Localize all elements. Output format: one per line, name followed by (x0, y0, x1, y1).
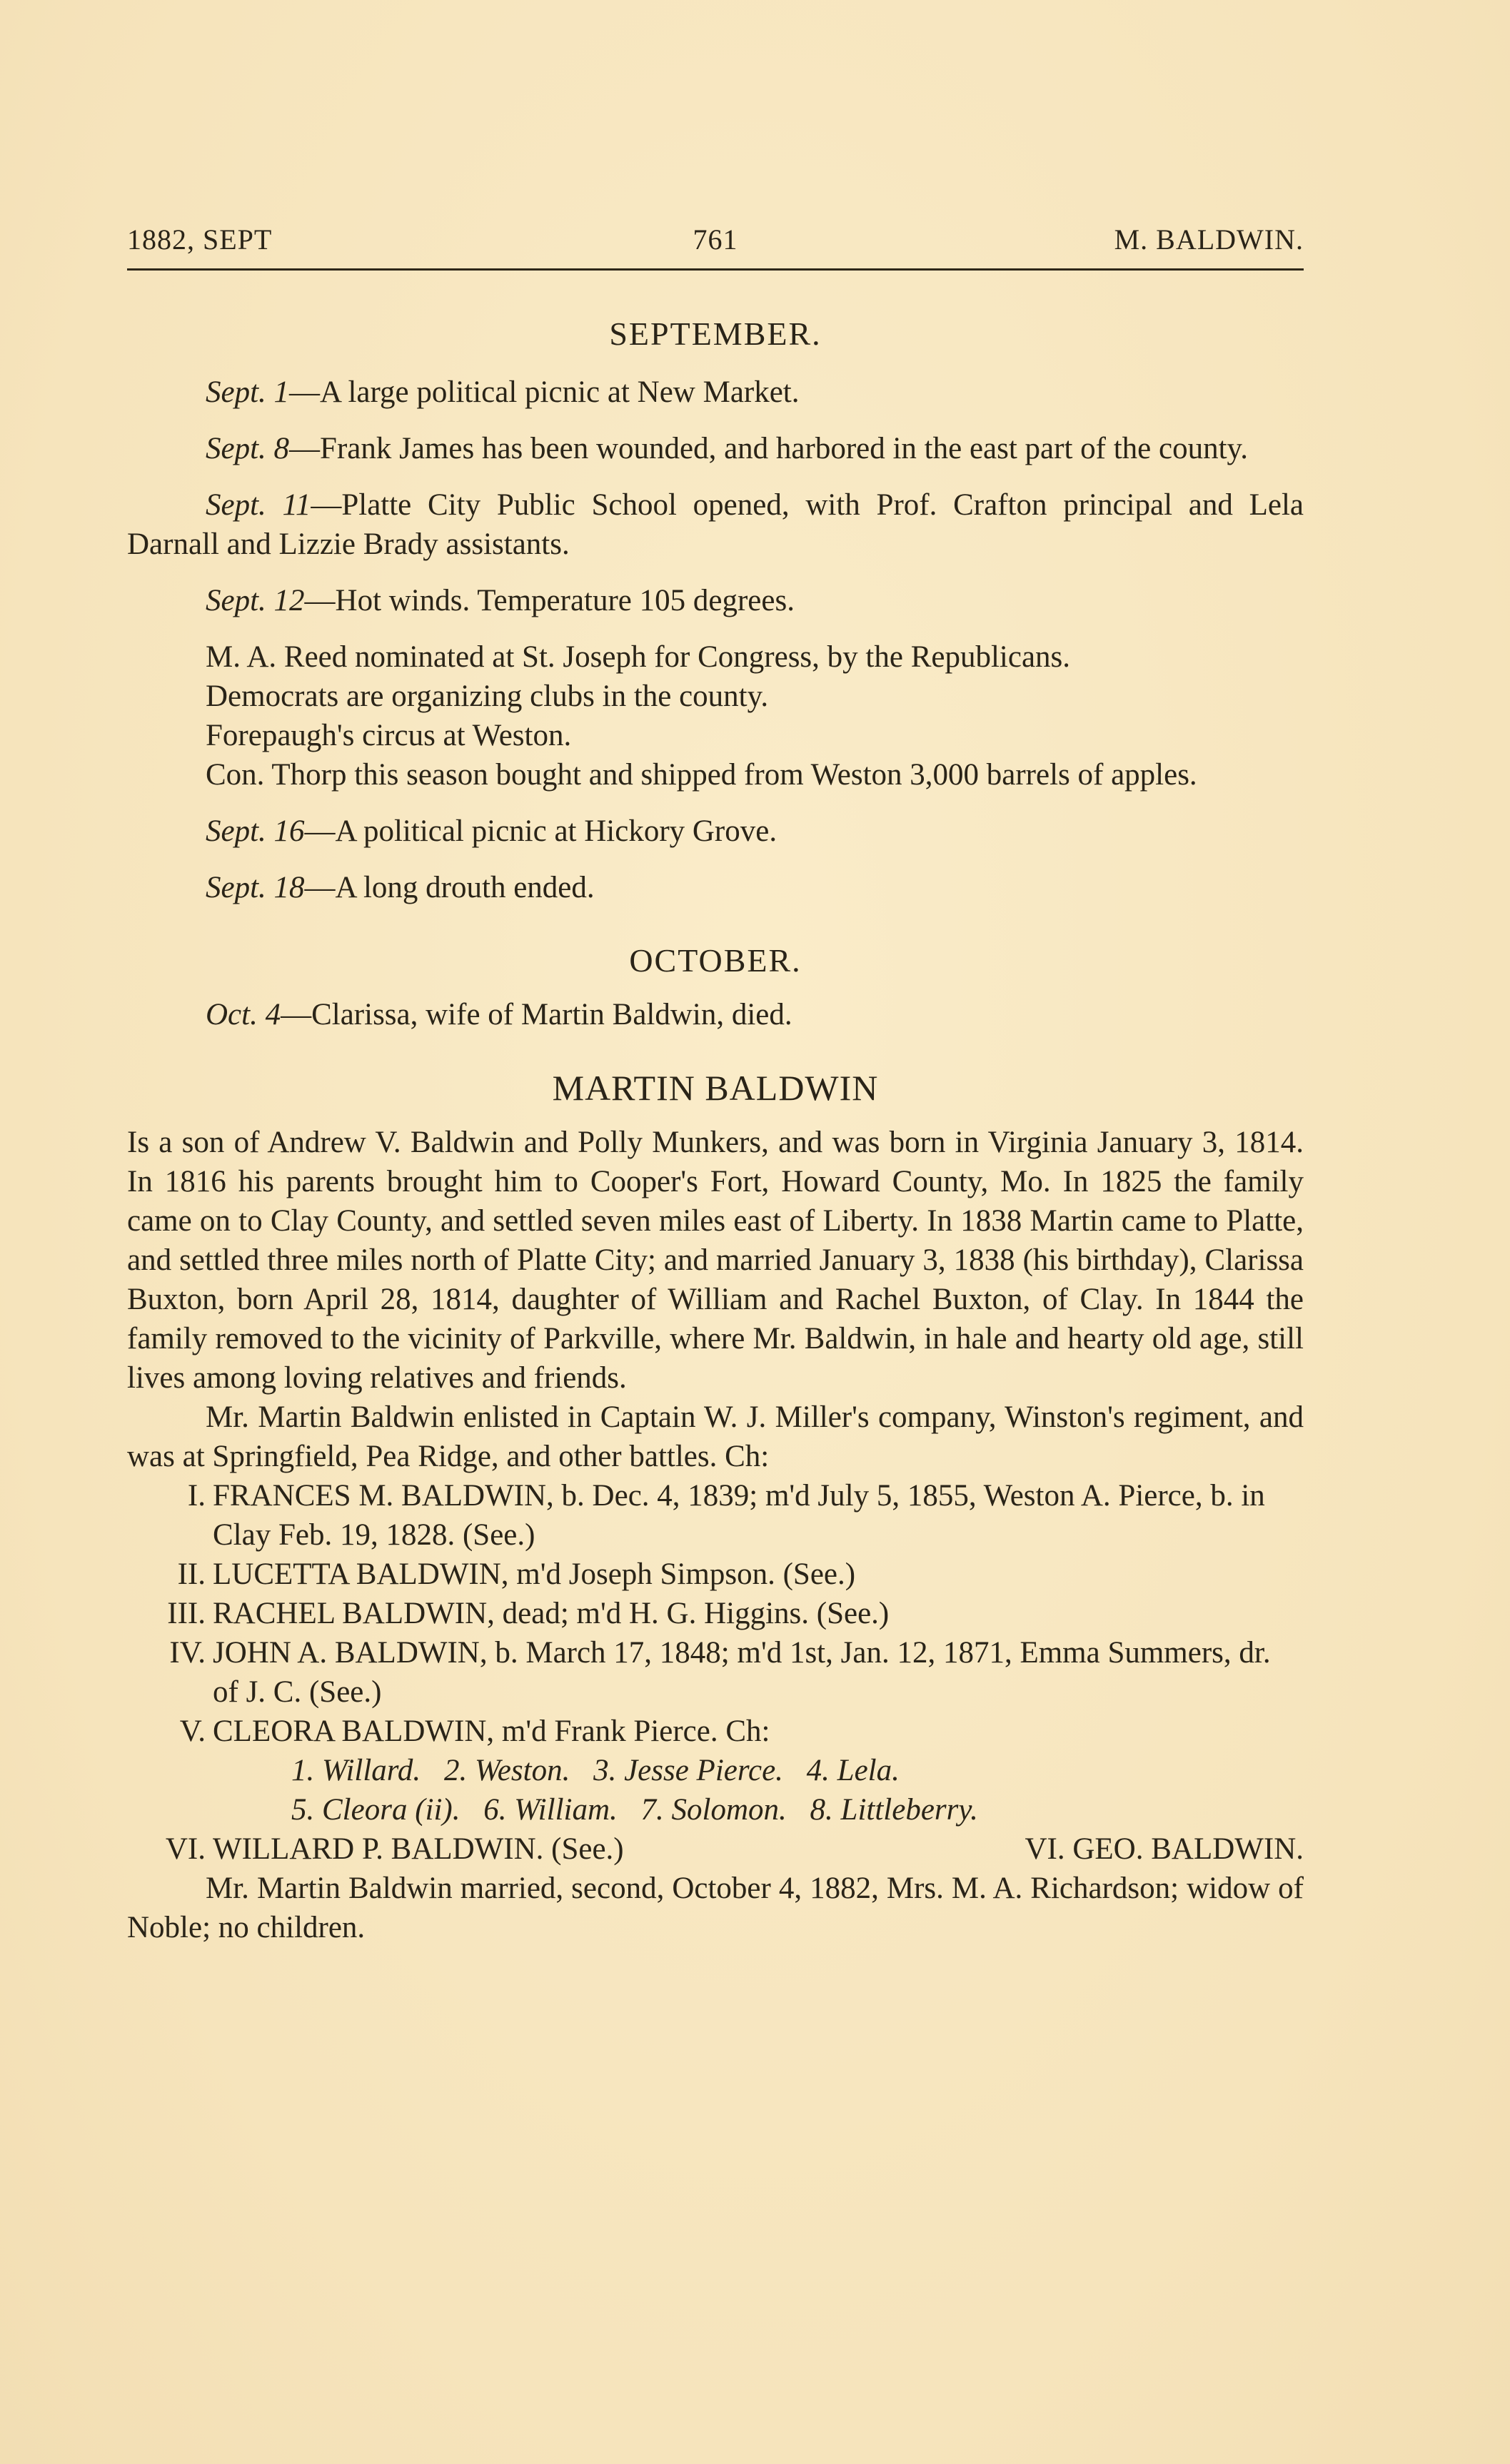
roman-numeral: VI. (1025, 1832, 1064, 1866)
roman-numeral: V. (127, 1712, 213, 1751)
roman-numeral: III. (127, 1594, 213, 1633)
grandchildren-row-1: 1. Willard. 2. Weston. 3. Jesse Pierce. … (291, 1751, 1304, 1790)
roman-numeral: VI. (127, 1829, 213, 1869)
child-entry-2: II.LUCETTA BALDWIN, m'd Joseph Simpson. … (127, 1555, 1304, 1594)
biography-paragraph-2: Mr. Martin Baldwin enlisted in Captain W… (127, 1398, 1304, 1476)
roman-numeral: I. (127, 1476, 213, 1515)
child-entry-3: III.RACHEL BALDWIN, dead; m'd H. G. Higg… (127, 1594, 1304, 1633)
entry-date: Sept. 18 (206, 871, 305, 904)
note-democrats-clubs: Democrats are organizing clubs in the co… (127, 677, 1304, 716)
child-text: CLEORA BALDWIN, m'd Frank Pierce. Ch: (213, 1715, 770, 1748)
grandchild: 8. Littleberry. (810, 1793, 978, 1827)
note-reed-nomination: M. A. Reed nominated at St. Joseph for C… (127, 637, 1304, 677)
child-entry-1: I.FRANCES M. BALDWIN, b. Dec. 4, 1839; m… (127, 1476, 1304, 1555)
entry-date: Sept. 11 (206, 488, 311, 522)
child-text: RACHEL BALDWIN, dead; m'd H. G. Higgins.… (213, 1597, 889, 1630)
child-entry-6: VI.WILLARD P. BALDWIN. (See.) VI. GEO. B… (127, 1829, 1304, 1869)
entry-text: —A long drouth ended. (305, 871, 595, 904)
note-circus: Forepaugh's circus at Weston. (127, 716, 1304, 755)
page-number: 761 (693, 223, 738, 256)
running-head-name: M. BALDWIN. (1114, 223, 1304, 256)
entry-sept-11: Sept. 11—Platte City Public School opene… (127, 485, 1304, 564)
book-page: 1882, SEPT 761 M. BALDWIN. SEPTEMBER. Se… (127, 223, 1304, 1947)
entry-text: —Hot winds. Temperature 105 degrees. (305, 584, 795, 617)
month-heading-september: SEPTEMBER. (127, 315, 1304, 353)
entry-oct-4: Oct. 4—Clarissa, wife of Martin Baldwin,… (127, 995, 1304, 1034)
month-heading-october: OCTOBER. (127, 941, 1304, 979)
entry-date: Sept. 1 (206, 375, 289, 409)
grandchildren-list: 1. Willard. 2. Weston. 3. Jesse Pierce. … (127, 1751, 1304, 1829)
grandchild: 7. Solomon. (641, 1793, 787, 1827)
grandchild: 5. Cleora (ii). (291, 1793, 460, 1827)
entry-sept-1: Sept. 1—A large political picnic at New … (127, 373, 1304, 412)
running-head: 1882, SEPT 761 M. BALDWIN. (127, 223, 1304, 258)
entry-text: —Frank James has been wounded, and harbo… (289, 432, 1248, 465)
entry-date: Oct. 4 (206, 998, 281, 1031)
grandchild: 1. Willard. (291, 1754, 421, 1787)
grandchild: 2. Weston. (444, 1754, 570, 1787)
child-text: JOHN A. BALDWIN, b. March 17, 1848; m'd … (213, 1636, 1271, 1709)
entry-sept-16: Sept. 16—A political picnic at Hickory G… (127, 812, 1304, 851)
grandchild: 3. Jesse Pierce. (593, 1754, 783, 1787)
entry-sept-18: Sept. 18—A long drouth ended. (127, 868, 1304, 907)
header-rule (127, 268, 1304, 271)
roman-numeral: II. (127, 1555, 213, 1594)
biography-paragraph-1: Is a son of Andrew V. Baldwin and Polly … (127, 1123, 1304, 1398)
grandchild: 6. William. (483, 1793, 618, 1827)
child-entry-5: V.CLEORA BALDWIN, m'd Frank Pierce. Ch: (127, 1712, 1304, 1751)
grandchildren-row-2: 5. Cleora (ii). 6. William. 7. Solomon. … (291, 1790, 1304, 1829)
entry-sept-12: Sept. 12—Hot winds. Temperature 105 degr… (127, 581, 1304, 620)
child-text: GEO. BALDWIN. (1072, 1832, 1304, 1866)
biography-closing: Mr. Martin Baldwin married, second, Octo… (127, 1869, 1304, 1947)
entry-text: —Clarissa, wife of Martin Baldwin, died. (281, 998, 792, 1031)
entry-date: Sept. 12 (206, 584, 305, 617)
entry-sept-8: Sept. 8—Frank James has been wounded, an… (127, 429, 1304, 468)
note-apples: Con. Thorp this season bought and shippe… (127, 755, 1304, 794)
child-text: LUCETTA BALDWIN, m'd Joseph Simpson. (Se… (213, 1557, 855, 1591)
grandchild: 4. Lela. (807, 1754, 900, 1787)
entry-text: —A large political picnic at New Market. (289, 375, 799, 409)
child-text: FRANCES M. BALDWIN, b. Dec. 4, 1839; m'd… (213, 1479, 1265, 1552)
biography-title: MARTIN BALDWIN (127, 1067, 1304, 1109)
running-head-date: 1882, SEPT (127, 223, 272, 256)
child-entry-4: IV.JOHN A. BALDWIN, b. March 17, 1848; m… (127, 1633, 1304, 1712)
entry-text: —A political picnic at Hickory Grove. (305, 814, 777, 848)
entry-date: Sept. 16 (206, 814, 305, 848)
roman-numeral: IV. (127, 1633, 213, 1672)
entry-date: Sept. 8 (206, 432, 289, 465)
child-text: WILLARD P. BALDWIN. (See.) (213, 1832, 624, 1866)
